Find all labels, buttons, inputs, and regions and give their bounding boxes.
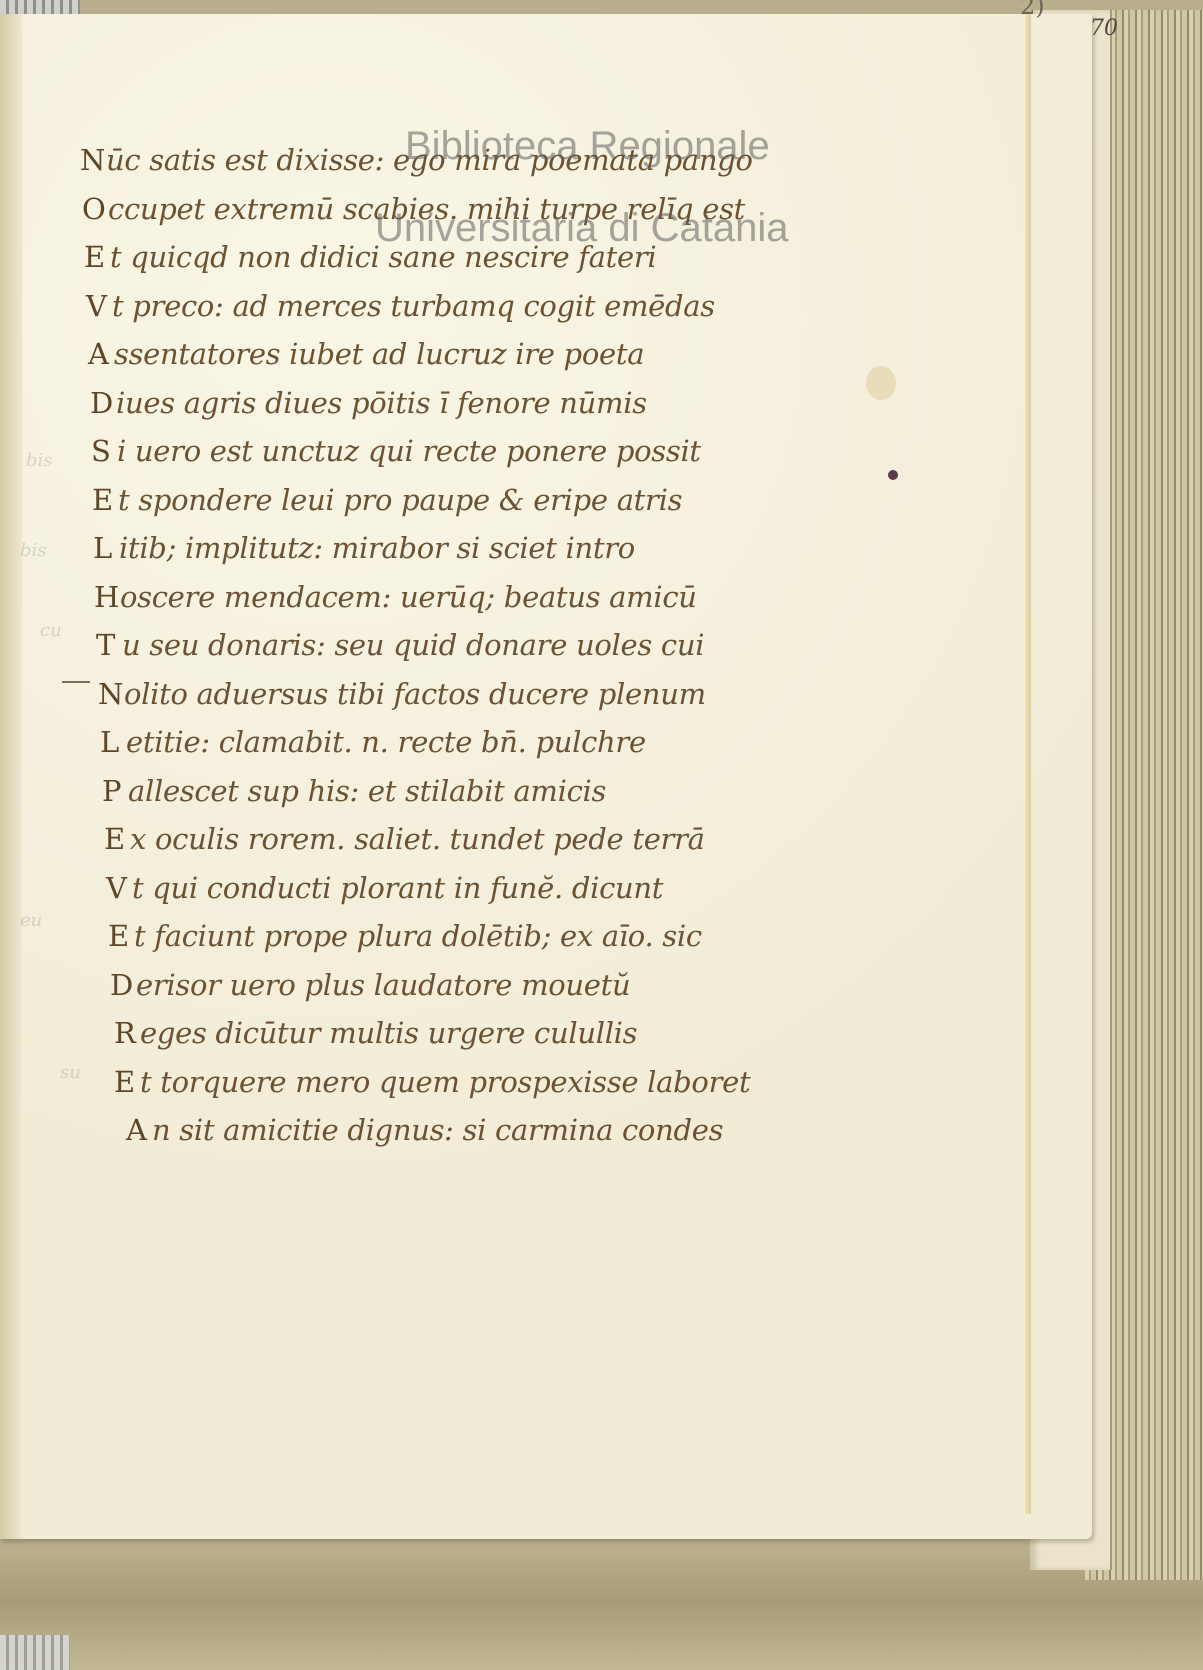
verse-line: Et spondere leui pro paupe & eripe atris	[92, 476, 940, 525]
verse-initial: D	[110, 961, 136, 1009]
verse-text: t qui conducti plorant in funĕ. dicunt	[132, 871, 663, 905]
verse-line: Hoscere mendacem: uerūq; beatus amicū	[94, 573, 940, 622]
verse-text: itib; implitutz: mirabor si sciet intro	[119, 531, 635, 565]
verse-initial: H	[94, 573, 120, 621]
binding-stitch-bottom	[0, 1635, 70, 1670]
verse-initial: E	[84, 233, 110, 281]
verse-line: Et torquere mero quem prospexisse labore…	[114, 1058, 940, 1107]
verse-text: t preco: ad merces turbamq cogit emēdas	[112, 289, 715, 323]
verse-text: eges dicūtur multis urgere culullis	[140, 1016, 637, 1050]
verse-line: Diues agris diues pōitis ī fenore nūmis	[90, 379, 940, 428]
verse-text: n sit amicitie dignus: si carmina condes	[152, 1113, 723, 1147]
verse-initial: O	[82, 185, 108, 233]
verse-line: Derisor uero plus laudatore mouetŭ	[110, 961, 940, 1010]
verse-text: t torquere mero quem prospexisse laboret	[140, 1065, 750, 1099]
verse-line: Vt qui conducti plorant in funĕ. dicunt	[106, 864, 940, 913]
verse-initial: A	[88, 330, 114, 378]
verse-initial: E	[108, 912, 134, 960]
library-watermark-line2: Universitaria di Catania	[375, 206, 789, 251]
margin-bleed: su	[60, 1062, 81, 1083]
verse-initial: L	[93, 524, 119, 572]
verse-line: Ex oculis rorem. saliet. tundet pede ter…	[104, 815, 940, 864]
verse-initial: D	[90, 379, 116, 427]
library-watermark-line1: Biblioteca Regionale	[405, 124, 770, 169]
margin-bleed: bis	[20, 540, 47, 561]
verse-initial: T	[96, 621, 122, 669]
corner-mark: 2)	[1020, 0, 1045, 20]
verse-text: x oculis rorem. saliet. tundet pede terr…	[130, 822, 705, 856]
verse-line: Si uero est unctuz qui recte ponere poss…	[91, 427, 940, 476]
verse-line: Nolito aduersus tibi factos ducere plenu…	[98, 670, 940, 719]
book-stack-bottom	[0, 1555, 1203, 1670]
verse-line: Vt preco: ad merces turbamq cogit emēdas	[86, 282, 940, 331]
verse-text: olito aduersus tibi factos ducere plenum	[124, 677, 706, 711]
verse-line: Tu seu donaris: seu quid donare uoles cu…	[96, 621, 940, 670]
verse-text: oscere mendacem: uerūq; beatus amicū	[120, 580, 697, 614]
folio-number: 70	[1090, 16, 1118, 41]
margin-bleed: bis	[26, 450, 53, 471]
verse-line: Litib; implitutz: mirabor si sciet intro	[93, 524, 940, 573]
verse-initial: P	[102, 767, 128, 815]
margin-bleed: cu	[40, 620, 62, 641]
verse-text: erisor uero plus laudatore mouetŭ	[136, 968, 630, 1002]
verse-line: Et faciunt prope plura dolētib; ex aīo. …	[108, 912, 940, 961]
verse-initial: N	[98, 670, 124, 718]
verse-line: Pallescet sup his: et stilabit amicis	[102, 767, 940, 816]
verse-text: allescet sup his: et stilabit amicis	[128, 774, 606, 808]
verse-initial: L	[100, 718, 126, 766]
verse-initial: V	[86, 282, 112, 330]
leaf-edge	[1025, 14, 1031, 1514]
margin-bleed: eu	[20, 910, 42, 931]
verse-line: Letitie: clamabit. n. recte bn̄. pulchre	[100, 718, 940, 767]
verse-initial: R	[114, 1009, 140, 1057]
verse-initial: S	[91, 427, 117, 475]
verse-text: t faciunt prope plura dolētib; ex aīo. s…	[134, 919, 702, 953]
verse-text-block: Nūc satis est dixisse: ego mira poemata …	[80, 136, 940, 1155]
verse-text: iues agris diues pōitis ī fenore nūmis	[116, 386, 647, 420]
verse-initial: V	[106, 864, 132, 912]
verse-initial: E	[104, 815, 130, 863]
verse-text: ssentatores iubet ad lucruz ire poeta	[114, 337, 644, 371]
verse-initial: E	[114, 1058, 140, 1106]
verse-text: i uero est unctuz qui recte ponere possi…	[117, 434, 701, 468]
verse-initial: E	[92, 476, 118, 524]
verse-initial: N	[80, 136, 106, 184]
verse-line: An sit amicitie dignus: si carmina conde…	[126, 1106, 940, 1155]
verse-initial: A	[126, 1106, 152, 1154]
verse-line: Assentatores iubet ad lucruz ire poeta	[88, 330, 940, 379]
verse-line: Reges dicūtur multis urgere culullis	[114, 1009, 940, 1058]
verse-text: t spondere leui pro paupe & eripe atris	[118, 483, 682, 517]
verse-text: u seu donaris: seu quid donare uoles cui	[122, 628, 704, 662]
verse-text: etitie: clamabit. n. recte bn̄. pulchre	[126, 725, 646, 759]
